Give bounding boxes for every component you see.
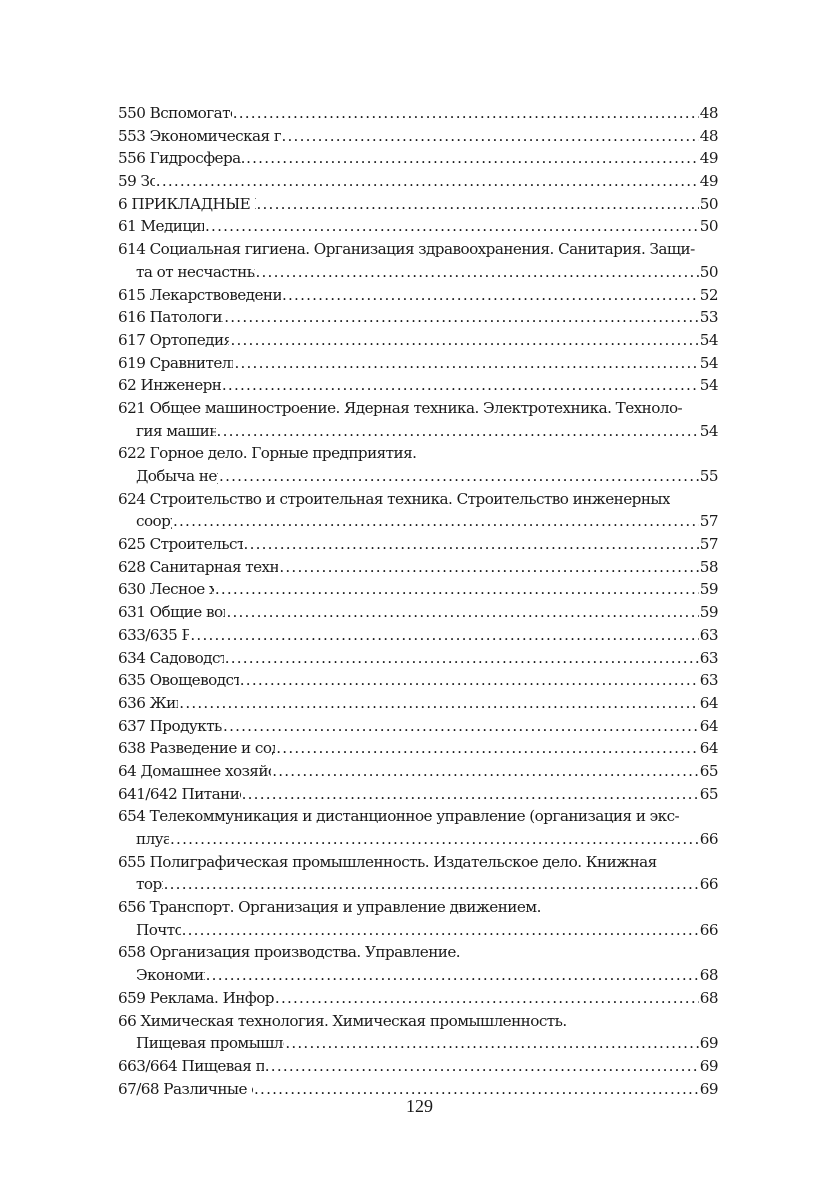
toc-entry-page: 49 xyxy=(700,147,718,170)
toc-entry: 614 Социальная гигиена. Организация здра… xyxy=(118,238,718,261)
toc-entry-title: 550 Вспомогательные геологические науки xyxy=(118,102,232,125)
toc-entry: 655 Полиграфическая промышленность. Изда… xyxy=(118,851,718,874)
dot-leader xyxy=(285,1032,698,1055)
toc-entry: 635 Овощеводство и декоративное садоводс… xyxy=(118,669,718,692)
toc-entry: 636 Животноводство64 xyxy=(118,692,718,715)
dot-leader xyxy=(256,261,699,284)
dot-leader xyxy=(156,170,699,193)
toc-entry: 633/635 Растениеводство63 xyxy=(118,624,718,647)
toc-entry-title: 622 Горное дело. Горные предприятия. xyxy=(118,442,416,465)
toc-entry: 634 Садоводство в целом. Плодоводство63 xyxy=(118,647,718,670)
toc-entry-page: 54 xyxy=(700,374,718,397)
toc-entry-page: 55 xyxy=(700,465,718,488)
toc-entry-title: 656 Транспорт. Организация и управление … xyxy=(118,896,541,919)
toc-entry: 659 Реклама. Информационная работа. Связ… xyxy=(118,987,718,1010)
toc-entry-title: 621 Общее машиностроение. Ядерная техник… xyxy=(118,397,682,420)
dot-leader xyxy=(279,556,698,579)
toc-entry: Почтовая связь66 xyxy=(118,919,718,942)
toc-entry-title: гия машиностроения в целом xyxy=(118,420,216,443)
toc-entry: 621 Общее машиностроение. Ядерная техник… xyxy=(118,397,718,420)
toc-entry-title: Почтовая связь xyxy=(118,919,181,942)
toc-entry-page: 59 xyxy=(700,601,718,624)
toc-entry-title: 616 Патология. Клиническая медицина xyxy=(118,306,223,329)
toc-entry: 624 Строительство и строительная техника… xyxy=(118,488,718,511)
toc-entry: 550 Вспомогательные геологические науки4… xyxy=(118,102,718,125)
dot-leader xyxy=(246,147,699,170)
dot-leader xyxy=(242,783,699,806)
toc-entry-title: 625 Строительство транспортных коммуника… xyxy=(118,533,243,556)
toc-entry-title: 659 Реклама. Информационная работа. Связ… xyxy=(118,987,274,1010)
toc-entry-page: 66 xyxy=(700,873,718,896)
toc-entry-page: 68 xyxy=(700,964,718,987)
toc-entry-page: 48 xyxy=(700,125,718,148)
toc-entry-page: 64 xyxy=(700,737,718,760)
dot-leader xyxy=(226,601,698,624)
toc-entry-page: 66 xyxy=(700,919,718,942)
toc-entry: 616 Патология. Клиническая медицина53 xyxy=(118,306,718,329)
toc-entry: 556 Гидросфера. Вода в целом. Общая гидр… xyxy=(118,147,718,170)
dot-leader xyxy=(225,647,699,670)
toc-entry: торговля66 xyxy=(118,873,718,896)
dot-leader xyxy=(219,465,699,488)
toc-entry-page: 50 xyxy=(700,261,718,284)
dot-leader xyxy=(190,624,698,647)
toc-entry: плуатация)66 xyxy=(118,828,718,851)
toc-entry-title: 617 Ортопедия. Хирургия. Офтальмология xyxy=(118,329,229,352)
toc-entry-title: 66 Химическая технология. Химическая про… xyxy=(118,1010,567,1033)
toc-entry-title: 6 ПРИКЛАДНЫЕ НАУКИ. МЕДИЦИНА. ТЕХНОЛОГИЯ xyxy=(118,193,256,216)
toc-entry-page: 63 xyxy=(700,647,718,670)
dot-leader xyxy=(222,374,699,397)
toc-entry-title: 615 Лекарствоведение. Фармакология. Обща… xyxy=(118,284,281,307)
table-of-contents: 550 Вспомогательные геологические науки4… xyxy=(118,102,718,1100)
toc-entry: 66 Химическая технология. Химическая про… xyxy=(118,1010,718,1033)
dot-leader xyxy=(182,919,699,942)
toc-entry-title: та от несчастных случаев и их предупрежд… xyxy=(118,261,255,284)
toc-entry-title: 61 Медицина. Охрана здоровья xyxy=(118,215,204,238)
dot-leader xyxy=(240,669,699,692)
dot-leader xyxy=(224,306,699,329)
toc-entry: 658 Организация производства. Управление… xyxy=(118,941,718,964)
toc-entry-page: 54 xyxy=(700,352,718,375)
toc-entry: Пищевая промышленность. Металлургия. Род… xyxy=(118,1032,718,1055)
toc-entry-title: 658 Организация производства. Управление… xyxy=(118,941,460,964)
dot-leader xyxy=(223,715,699,738)
toc-entry-page: 52 xyxy=(700,284,718,307)
dot-leader xyxy=(217,420,699,443)
dot-leader xyxy=(215,578,699,601)
toc-entry-page: 53 xyxy=(700,306,718,329)
toc-entry-title: плуатация) xyxy=(118,828,169,851)
dot-leader xyxy=(233,102,699,125)
toc-entry: 553 Экономическая геология. Месторождени… xyxy=(118,125,718,148)
dot-leader xyxy=(170,828,699,851)
toc-entry-title: сооружений xyxy=(118,510,172,533)
toc-entry-page: 57 xyxy=(700,510,718,533)
toc-entry-page: 54 xyxy=(700,420,718,443)
dot-leader xyxy=(205,215,699,238)
toc-entry-title: 556 Гидросфера. Вода в целом. Общая гидр… xyxy=(118,147,245,170)
toc-entry: 59 Зоология49 xyxy=(118,170,718,193)
dot-leader xyxy=(244,533,699,556)
toc-entry: Экономика предприятий68 xyxy=(118,964,718,987)
toc-entry: 654 Телекоммуникация и дистанционное упр… xyxy=(118,805,718,828)
dot-leader xyxy=(179,692,698,715)
toc-entry-title: торговля xyxy=(118,873,163,896)
toc-entry-page: 63 xyxy=(700,624,718,647)
toc-entry-title: 654 Телекоммуникация и дистанционное упр… xyxy=(118,805,679,828)
toc-entry-page: 69 xyxy=(700,1032,718,1055)
toc-entry-title: 62 Инженерное дело. Техника в целом xyxy=(118,374,221,397)
toc-entry-page: 50 xyxy=(700,215,718,238)
toc-entry: та от несчастных случаев и их предупрежд… xyxy=(118,261,718,284)
toc-entry-title: 636 Животноводство xyxy=(118,692,178,715)
toc-entry-title: 641/642 Питание. Приготовление пищи. Пос… xyxy=(118,783,241,806)
toc-entry: 628 Санитарная техника. Водоснабжение. К… xyxy=(118,556,718,579)
toc-entry-page: 48 xyxy=(700,102,718,125)
toc-entry-title: Добыча нерудных ископаемых xyxy=(118,465,218,488)
toc-entry: 615 Лекарствоведение. Фармакология. Обща… xyxy=(118,284,718,307)
toc-entry-title: 64 Домашнее хозяйство. Домоводство. Комм… xyxy=(118,760,271,783)
dot-leader xyxy=(257,193,699,216)
toc-entry: 637 Продукты животноводства и охоты64 xyxy=(118,715,718,738)
toc-entry-page: 49 xyxy=(700,170,718,193)
toc-entry-title: 634 Садоводство в целом. Плодоводство xyxy=(118,647,224,670)
toc-entry-title: 628 Санитарная техника. Водоснабжение. К… xyxy=(118,556,278,579)
toc-entry: 641/642 Питание. Приготовление пищи. Пос… xyxy=(118,783,718,806)
toc-entry: 656 Транспорт. Организация и управление … xyxy=(118,896,718,919)
toc-entry-page: 64 xyxy=(700,715,718,738)
toc-entry: 625 Строительство транспортных коммуника… xyxy=(118,533,718,556)
toc-entry: гия машиностроения в целом54 xyxy=(118,420,718,443)
toc-entry: 638 Разведение и содержание насекомых и … xyxy=(118,737,718,760)
dot-leader xyxy=(282,125,699,148)
toc-entry-title: 637 Продукты животноводства и охоты xyxy=(118,715,222,738)
dot-leader xyxy=(265,1055,699,1078)
toc-entry-title: Пищевая промышленность. Металлургия. Род… xyxy=(118,1032,284,1055)
toc-entry: 630 Лесное хозяйство. Лесоводство59 xyxy=(118,578,718,601)
toc-entry-title: 553 Экономическая геология. Месторождени… xyxy=(118,125,281,148)
toc-entry: 61 Медицина. Охрана здоровья50 xyxy=(118,215,718,238)
dot-leader xyxy=(234,352,698,375)
dot-leader xyxy=(164,873,699,896)
toc-entry-title: Экономика предприятий xyxy=(118,964,205,987)
toc-entry-title: 633/635 Растениеводство xyxy=(118,624,189,647)
toc-entry-page: 58 xyxy=(700,556,718,579)
toc-entry-page: 65 xyxy=(700,783,718,806)
toc-entry-title: 630 Лесное хозяйство. Лесоводство xyxy=(118,578,214,601)
toc-entry-title: 663/664 Пищевая промышленность. Пищевые … xyxy=(118,1055,264,1078)
toc-entry-page: 66 xyxy=(700,828,718,851)
toc-entry-page: 50 xyxy=(700,193,718,216)
dot-leader xyxy=(206,964,699,987)
toc-entry-page: 65 xyxy=(700,760,718,783)
toc-entry-page: 59 xyxy=(700,578,718,601)
toc-entry: 62 Инженерное дело. Техника в целом54 xyxy=(118,374,718,397)
dot-leader xyxy=(173,510,699,533)
toc-entry-page: 64 xyxy=(700,692,718,715)
toc-entry-page: 69 xyxy=(700,1055,718,1078)
dot-leader xyxy=(272,760,699,783)
dot-leader xyxy=(276,737,699,760)
toc-entry: Добыча нерудных ископаемых55 xyxy=(118,465,718,488)
toc-entry: сооружений57 xyxy=(118,510,718,533)
toc-entry-title: 638 Разведение и содержание насекомых и … xyxy=(118,737,275,760)
toc-entry-title: 59 Зоология xyxy=(118,170,155,193)
toc-entry: 622 Горное дело. Горные предприятия. xyxy=(118,442,718,465)
toc-entry-page: 68 xyxy=(700,987,718,1010)
dot-leader xyxy=(282,284,699,307)
toc-entry-title: 631 Общие вопросы сельского хозяйства xyxy=(118,601,225,624)
toc-entry-title: 614 Социальная гигиена. Организация здра… xyxy=(118,238,695,261)
toc-entry: 619 Сравнительная патология. Ветеринария… xyxy=(118,352,718,375)
toc-entry-title: 619 Сравнительная патология. Ветеринария xyxy=(118,352,233,375)
toc-entry: 663/664 Пищевая промышленность. Пищевые … xyxy=(118,1055,718,1078)
toc-entry: 6 ПРИКЛАДНЫЕ НАУКИ. МЕДИЦИНА. ТЕХНОЛОГИЯ… xyxy=(118,193,718,216)
toc-entry-page: 57 xyxy=(700,533,718,556)
toc-entry: 64 Домашнее хозяйство. Домоводство. Комм… xyxy=(118,760,718,783)
toc-entry-title: 624 Строительство и строительная техника… xyxy=(118,488,670,511)
toc-entry: 631 Общие вопросы сельского хозяйства59 xyxy=(118,601,718,624)
toc-entry-page: 63 xyxy=(700,669,718,692)
toc-entry-title: 655 Полиграфическая промышленность. Изда… xyxy=(118,851,657,874)
dot-leader xyxy=(230,329,698,352)
toc-entry: 617 Ортопедия. Хирургия. Офтальмология54 xyxy=(118,329,718,352)
page-number: 129 xyxy=(0,1096,839,1117)
toc-entry-page: 54 xyxy=(700,329,718,352)
toc-entry-title: 635 Овощеводство и декоративное садоводс… xyxy=(118,669,239,692)
dot-leader xyxy=(275,987,699,1010)
